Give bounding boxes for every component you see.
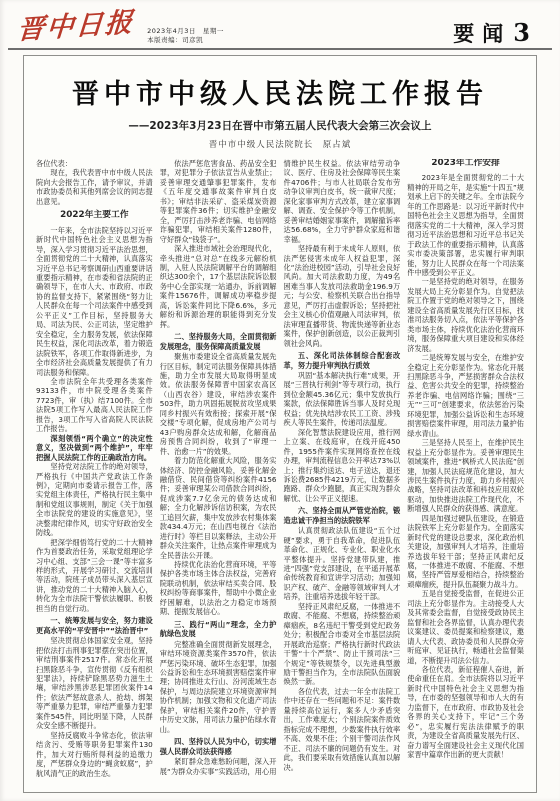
numbered-heading: 六、坚持全面从严管党治院，锻造忠诚干净担当的法院铁军 (284, 506, 401, 525)
article-paragraph: 四是加强过硬队伍建设，在锻造法院铁军上充分彰显作为。全面落实新时代党的建设总要求… (407, 514, 524, 590)
section-header: 要闻3 (453, 18, 530, 48)
article-paragraph: 坚持党对法院工作的绝对领导，严格执行《中国共产党政法工作条例》，定期向市委请示报… (36, 462, 153, 538)
numbered-heading: 一、统筹发展与安全，努力建设更高水平的“平安晋中”“法治晋中” (36, 616, 153, 635)
article-paragraph: 2023年是全面贯彻党的二十大精神的开局之年，是实施“十四五”规划承上启下的关键… (407, 173, 524, 277)
article-paragraph: 各位代表，新征程催人奋进，新使命重任在肩。全市法院将以习近平新时代中国特色社会主… (407, 665, 524, 760)
date-line: 2023年4月3日 星期一 (147, 27, 224, 35)
page-header: 晋中日报 2023年4月3日 星期一 本版责编：司彦凯 要闻3 (16, 8, 548, 46)
article-paragraph: 坚持正风肃纪反腐，一体推进不敢腐、不能腐、不想腐，持续整治顽瘴痼疾，8名违纪干警… (284, 602, 401, 687)
numbered-heading: 五、深化司法体制综合配套改革，努力提升审判执行质效 (284, 351, 401, 370)
article-box: 晋中市中级人民法院工作报告 ——2023年3月23日在晋中市第五届人民代表大会第… (23, 55, 537, 793)
article-paragraph: 聚焦市委建设全省高质量发展先行区目标，制定司法服务保障具体措施，助力全市发展大局… (160, 352, 277, 456)
article-paragraph: 各位代表： (36, 159, 153, 168)
article-paragraph: 坚持反腐败斗争常态化，依法审结贪污、受贿等职务犯罪案件130件，加大对行贿所得利… (36, 731, 153, 778)
article-paragraph: 坚决贯彻总体国家安全观，坚持把依法打击刑事犯罪摆在突出位置，审结刑事案件2517… (36, 636, 153, 731)
numbered-heading: 三、践行“两山”理念，全力护航绿色发展 (160, 620, 277, 639)
article-paragraph: 巩固“基本解决执行难”成果，开展“三晋执行利剑”等专项行动，执行到位金额45.3… (284, 371, 401, 428)
date-block: 2023年4月3日 星期一 本版责编：司彦凯 (147, 27, 224, 45)
article-subtitle: ——2023年3月23日在晋中市第五届人民代表大会第三次会议上 (36, 118, 524, 133)
article-paragraph: 一年来，全市法院坚持以习近平新时代中国特色社会主义思想为指导，深入学习贯彻习近平… (36, 226, 153, 377)
article-paragraph: 持续优化法治化营商环境，平等保护各类市场主体合法权益，完善府院联动机制，依法审结… (160, 560, 277, 617)
article-paragraph: 现在，我代表晋中市中级人民法院向大会报告工作，请予审议，并请市政协委员和其他列席… (36, 168, 153, 206)
article-paragraph: 全市法院全年共受理各类案件93133件，市中院受理各类案件7723件，审（执）结… (36, 377, 153, 434)
article-paragraph: 坚持最有利于未成年人原则，依法严惩侵害未成年人权益犯罪，深化“法治进校园”活动，… (284, 244, 401, 348)
article-paragraph: 依法严惩危害食品、药品安全犯罪，对犯罪分子依法宣告从业禁止；妥善审理交通肇事犯罪… (160, 159, 277, 244)
article-title: 晋中市中级人民法院工作报告 (36, 72, 524, 111)
article-paragraph: 认真贯彻政法队伍建设“五个过硬”要求，勇于自我革命，促进队伍革命化、正规化、专业… (284, 526, 401, 602)
article-paragraph: 五是自觉接受监督，在促进公正司法上充分彰显作为。主动接受人大及其常委会监督，自觉… (407, 589, 524, 665)
article-paragraph: 着力防范化解重大风险，服务实体经济、防控金融风险，妥善化解金融借贷、民间借贷等纠… (160, 456, 277, 560)
article-paragraph: 一是坚持党的绝对领导，在服务发展大局上充分彰显作为。自觉把法院工作置于党的绝对领… (407, 277, 524, 353)
section-heading: 2023年工作安排 (407, 159, 524, 168)
article-paragraph: 深化智慧法院建设应用，推行网上立案、在线庭审，在线开庭450件，1955件案件实… (284, 428, 401, 504)
section-label: 要闻 (453, 21, 511, 46)
article-paragraph: 完整准确全面贯彻新发展理念，审结环境资源类案件3570件，依法严惩污染环境、破坏… (160, 640, 277, 735)
masthead-logo: 晋中日报 (16, 0, 136, 47)
article-paragraph: 三是坚持人民至上，在维护民生权益上充分彰显作为。妥善审理民生领域案件，推进“枫桥… (407, 438, 524, 514)
numbered-heading: 二、坚持服务大局，全面贯彻新发展理念，服务保障高质量发展 (160, 332, 277, 351)
article-byline: 晋中市中级人民法院院长 原占斌 (36, 138, 524, 150)
numbered-heading: 四、坚持以人民为中心，切实增强人民群众司法获得感 (160, 737, 277, 756)
section-heading: 2022年主要工作 (36, 211, 153, 220)
header-rule (8, 48, 552, 50)
page-number: 3 (513, 18, 530, 47)
article-paragraph: 二是统筹发展与安全，在维护安全稳定上充分彰显作为。常态化开展扫黑除恶斗争，严惩损… (407, 353, 524, 438)
article-paragraph: 把深学细悟笃行党的二十大精神作为首要政治任务，采取党组理论学习中心组、支部“三会… (36, 538, 153, 614)
article-paragraph: 深刻领悟“两个确立”的决定性意义，坚决做到“两个维护”，牢牢把握人民法院工作的正… (36, 434, 153, 462)
newspaper-page: 晋中日报 2023年4月3日 星期一 本版责编：司彦凯 要闻3 晋中市中级人民法… (0, 0, 560, 801)
editor-line: 本版责编：司彦凯 (147, 36, 203, 44)
article-paragraph: 各位代表，过去一年全市法院工作中还存在一些问题和不足：案件数量持续高位运行，案多… (284, 687, 401, 772)
article-body: 各位代表：现在，我代表晋中市中级人民法院向大会报告工作，请予审议，并请市政协委员… (36, 159, 524, 785)
article-paragraph: 深入推进市域社会治理现代化，牵头推进“总对总”在线多元解纷机制，入驻人民法院调解… (160, 244, 277, 329)
